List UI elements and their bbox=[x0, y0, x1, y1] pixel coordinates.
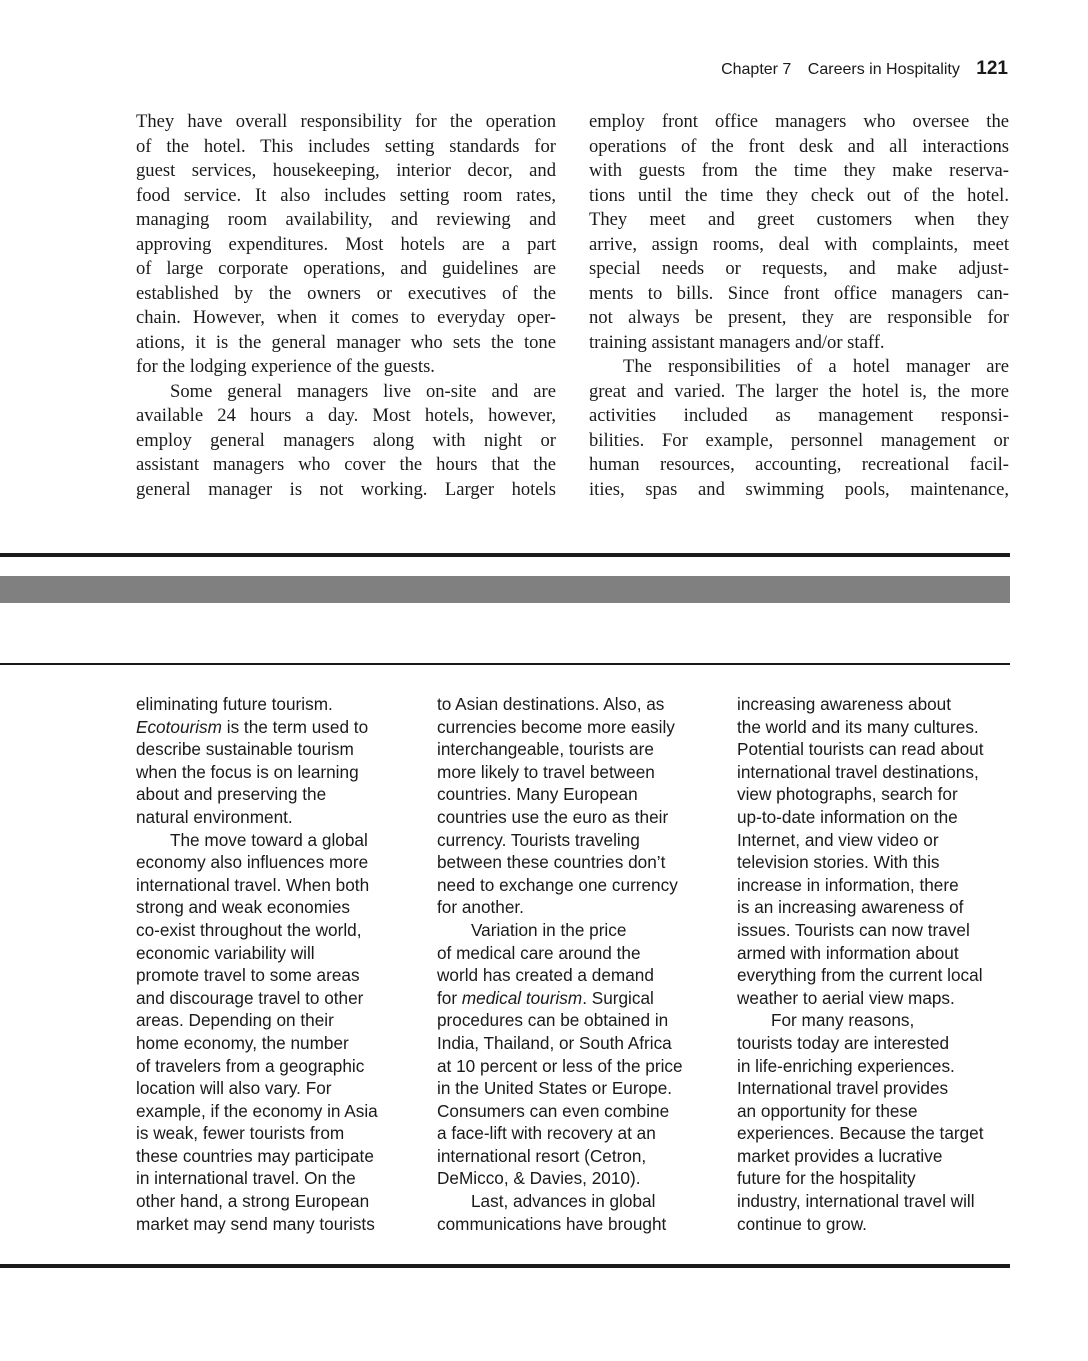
text-line: for the lodging experience of the guests… bbox=[136, 355, 556, 380]
text-line-content: industry, international travel will bbox=[737, 1191, 975, 1211]
text-line-content: issues. Tourists can now travel bbox=[737, 920, 970, 940]
text-line-content: promote travel to some areas bbox=[136, 965, 360, 985]
box-top-rule bbox=[0, 553, 1010, 557]
text-line: managing room availability, and reviewin… bbox=[136, 208, 556, 233]
text-line: tions until the time they check out of t… bbox=[589, 184, 1009, 209]
text-line-content: these countries may participate bbox=[136, 1146, 374, 1166]
text-line-content: is weak, fewer tourists from bbox=[136, 1123, 344, 1143]
text-line: everything from the current local bbox=[737, 964, 1027, 987]
text-line: between these countries don’t bbox=[437, 851, 727, 874]
text-line-content: tions until the time they check out of t… bbox=[589, 185, 1009, 206]
text-line: international travel. When both bbox=[136, 874, 426, 897]
text-line: DeMicco, & Davies, 2010). bbox=[437, 1167, 727, 1190]
text-line: They meet and greet customers when they bbox=[589, 208, 1009, 233]
text-line: Some general managers live on-site and a… bbox=[136, 380, 556, 405]
text-line: human resources, accounting, recreationa… bbox=[589, 453, 1009, 478]
text-line: International travel provides bbox=[737, 1077, 1027, 1100]
text-line-content: increase in information, there bbox=[737, 875, 959, 895]
text-line-content: India, Thailand, or South Africa bbox=[437, 1033, 672, 1053]
text-line: the world and its many cultures. bbox=[737, 716, 1027, 739]
text-line-content: for another. bbox=[437, 897, 524, 917]
text-line-content: Potential tourists can read about bbox=[737, 739, 984, 759]
text-line-content: for the lodging experience of the guests… bbox=[136, 356, 435, 377]
text-line: eliminating future tourism. bbox=[136, 693, 426, 716]
text-line-content: international travel destinations, bbox=[737, 762, 979, 782]
body-text-left-column: They have overall responsibility for the… bbox=[136, 110, 556, 502]
text-line-content: world has created a demand bbox=[437, 965, 654, 985]
text-line: guest services, housekeeping, interior d… bbox=[136, 159, 556, 184]
text-line: other hand, a strong European bbox=[136, 1190, 426, 1213]
text-line-content: armed with information about bbox=[737, 943, 959, 963]
text-line-content: International travel provides bbox=[737, 1078, 948, 1098]
text-line: world has created a demand bbox=[437, 964, 727, 987]
text-line-content: guest services, housekeeping, interior d… bbox=[136, 160, 556, 181]
text-line: tourists today are interested bbox=[737, 1032, 1027, 1055]
box-text-column-2: to Asian destinations. Also, ascurrencie… bbox=[437, 693, 727, 1235]
text-line: strong and weak economies bbox=[136, 896, 426, 919]
text-line-content: not always be present, they are responsi… bbox=[589, 307, 1009, 328]
text-line-content: available 24 hours a day. Most hotels, h… bbox=[136, 405, 556, 426]
text-line-content: general manager is not working. Larger h… bbox=[136, 479, 556, 500]
text-line: countries. Many European bbox=[437, 783, 727, 806]
text-line-content: food service. It also includes setting r… bbox=[136, 185, 556, 206]
text-line: ities, spas and swimming pools, maintena… bbox=[589, 478, 1009, 503]
text-line: issues. Tourists can now travel bbox=[737, 919, 1027, 942]
text-line: of the hotel. This includes setting stan… bbox=[136, 135, 556, 160]
text-line-content: up-to-date information on the bbox=[737, 807, 958, 827]
text-line: home economy, the number bbox=[136, 1032, 426, 1055]
text-line-content: co-exist throughout the world, bbox=[136, 920, 361, 940]
text-line: market provides a lucrative bbox=[737, 1145, 1027, 1168]
box-header-band bbox=[0, 576, 1010, 603]
text-line: Last, advances in global bbox=[437, 1190, 727, 1213]
text-line: Potential tourists can read about bbox=[737, 738, 1027, 761]
text-line-content: experiences. Because the target bbox=[737, 1123, 984, 1143]
text-line-content: Variation in the price bbox=[471, 920, 626, 940]
text-line-content: other hand, a strong European bbox=[136, 1191, 369, 1211]
box-divider-rule bbox=[0, 663, 1010, 665]
text-line: food service. It also includes setting r… bbox=[136, 184, 556, 209]
box-text-column-1: eliminating future tourism.Ecotourism is… bbox=[136, 693, 426, 1235]
text-line-content: Internet, and view video or bbox=[737, 830, 939, 850]
text-line-content: approving expenditures. Most hotels are … bbox=[136, 234, 556, 255]
text-line: of travelers from a geographic bbox=[136, 1055, 426, 1078]
text-line-content: currencies become more easily bbox=[437, 717, 675, 737]
text-line-content: international travel. When both bbox=[136, 875, 369, 895]
text-line: interchangeable, tourists are bbox=[437, 738, 727, 761]
text-line-content: strong and weak economies bbox=[136, 897, 350, 917]
text-line: general manager is not working. Larger h… bbox=[136, 478, 556, 503]
text-line: employ front office managers who oversee… bbox=[589, 110, 1009, 135]
text-line: economic variability will bbox=[136, 942, 426, 965]
text-line-content: countries. Many European bbox=[437, 784, 638, 804]
text-line: continue to grow. bbox=[737, 1213, 1027, 1236]
text-line: of medical care around the bbox=[437, 942, 727, 965]
text-line: co-exist throughout the world, bbox=[136, 919, 426, 942]
text-line: when the focus is on learning bbox=[136, 761, 426, 784]
text-line: with guests from the time they make rese… bbox=[589, 159, 1009, 184]
text-line-content: special needs or requests, and make adju… bbox=[589, 258, 1009, 279]
text-line-content: the world and its many cultures. bbox=[737, 717, 979, 737]
italic-term: Ecotourism bbox=[136, 717, 222, 737]
text-line: communications have brought bbox=[437, 1213, 727, 1236]
text-line-content: more likely to travel between bbox=[437, 762, 655, 782]
text-line: future for the hospitality bbox=[737, 1167, 1027, 1190]
text-line-content: of medical care around the bbox=[437, 943, 641, 963]
text-line-content: managing room availability, and reviewin… bbox=[136, 209, 556, 230]
text-line-content: The responsibilities of a hotel manager … bbox=[623, 356, 1009, 377]
text-line-content: human resources, accounting, recreationa… bbox=[589, 454, 1009, 475]
text-line: countries use the euro as their bbox=[437, 806, 727, 829]
text-line: economy also influences more bbox=[136, 851, 426, 874]
chapter-label: Chapter 7 bbox=[721, 61, 791, 78]
text-line: established by the owners or executives … bbox=[136, 282, 556, 307]
text-line: available 24 hours a day. Most hotels, h… bbox=[136, 404, 556, 429]
text-line-prefix: for bbox=[437, 988, 462, 1008]
text-line: increase in information, there bbox=[737, 874, 1027, 897]
text-line-content: ations, it is the general manager who se… bbox=[136, 332, 556, 353]
text-line-content: They have overall responsibility for the… bbox=[136, 111, 556, 132]
italic-term: medical tourism bbox=[462, 988, 582, 1008]
text-line-content: international resort (Cetron, bbox=[437, 1146, 646, 1166]
text-line-content: need to exchange one currency bbox=[437, 875, 678, 895]
box-bottom-rule bbox=[0, 1264, 1010, 1268]
text-line: areas. Depending on their bbox=[136, 1009, 426, 1032]
text-line-content: and discourage travel to other bbox=[136, 988, 363, 1008]
text-line: The responsibilities of a hotel manager … bbox=[589, 355, 1009, 380]
text-line-content: Some general managers live on-site and a… bbox=[170, 381, 556, 402]
text-line-content: interchangeable, tourists are bbox=[437, 739, 654, 759]
text-line: is weak, fewer tourists from bbox=[136, 1122, 426, 1145]
text-line-content: chain. However, when it comes to everyda… bbox=[136, 307, 556, 328]
text-line: The move toward a global bbox=[136, 829, 426, 852]
text-line-content: between these countries don’t bbox=[437, 852, 665, 872]
text-line-content: The move toward a global bbox=[170, 830, 368, 850]
text-line: Consumers can even combine bbox=[437, 1100, 727, 1123]
text-line-content: operations of the front desk and all int… bbox=[589, 136, 1009, 157]
text-line-content: great and varied. The larger the hotel i… bbox=[589, 381, 1009, 402]
text-line-content: established by the owners or executives … bbox=[136, 283, 556, 304]
text-line: market may send many tourists bbox=[136, 1213, 426, 1236]
text-line-content: television stories. With this bbox=[737, 852, 940, 872]
text-line: ations, it is the general manager who se… bbox=[136, 331, 556, 356]
page-number: 121 bbox=[976, 58, 1008, 79]
text-line: up-to-date information on the bbox=[737, 806, 1027, 829]
text-line: currencies become more easily bbox=[437, 716, 727, 739]
text-line-content: employ general managers along with night… bbox=[136, 430, 556, 451]
text-line: describe sustainable tourism bbox=[136, 738, 426, 761]
text-line: procedures can be obtained in bbox=[437, 1009, 727, 1032]
text-line-content: future for the hospitality bbox=[737, 1168, 916, 1188]
text-line: increasing awareness about bbox=[737, 693, 1027, 716]
text-line-content: arrive, assign rooms, deal with complain… bbox=[589, 234, 1009, 255]
text-line-content: in life-enriching experiences. bbox=[737, 1056, 955, 1076]
body-text-right-column: employ front office managers who oversee… bbox=[589, 110, 1009, 502]
text-line-content: ities, spas and swimming pools, maintena… bbox=[589, 479, 1009, 500]
text-line: Internet, and view video or bbox=[737, 829, 1027, 852]
text-line: experiences. Because the target bbox=[737, 1122, 1027, 1145]
text-line: view photographs, search for bbox=[737, 783, 1027, 806]
text-line-content: communications have brought bbox=[437, 1214, 666, 1234]
text-line-content: about and preserving the bbox=[136, 784, 326, 804]
text-line: a face-lift with recovery at an bbox=[437, 1122, 727, 1145]
text-line-content: is the term used to bbox=[222, 717, 368, 737]
text-line-content: in international travel. On the bbox=[136, 1168, 356, 1188]
text-line: natural environment. bbox=[136, 806, 426, 829]
text-line-content: at 10 percent or less of the price bbox=[437, 1056, 683, 1076]
text-line: to Asian destinations. Also, as bbox=[437, 693, 727, 716]
text-line-content: bilities. For example, personnel managem… bbox=[589, 430, 1009, 451]
text-line: in the United States or Europe. bbox=[437, 1077, 727, 1100]
text-line-content: For many reasons, bbox=[771, 1010, 914, 1030]
text-line: promote travel to some areas bbox=[136, 964, 426, 987]
text-line-content: view photographs, search for bbox=[737, 784, 958, 804]
text-line: arrive, assign rooms, deal with complain… bbox=[589, 233, 1009, 258]
text-line: operations of the front desk and all int… bbox=[589, 135, 1009, 160]
text-line-content: continue to grow. bbox=[737, 1214, 867, 1234]
text-line: training assistant managers and/or staff… bbox=[589, 331, 1009, 356]
text-line: They have overall responsibility for the… bbox=[136, 110, 556, 135]
text-line: great and varied. The larger the hotel i… bbox=[589, 380, 1009, 405]
text-line: need to exchange one currency bbox=[437, 874, 727, 897]
chapter-title: Careers in Hospitality bbox=[808, 61, 960, 78]
text-line-content: currency. Tourists traveling bbox=[437, 830, 640, 850]
text-line-content: areas. Depending on their bbox=[136, 1010, 334, 1030]
text-line: for medical tourism. Surgical bbox=[437, 987, 727, 1010]
text-line: in international travel. On the bbox=[136, 1167, 426, 1190]
text-line-content: Consumers can even combine bbox=[437, 1101, 669, 1121]
text-line-content: location will also vary. For bbox=[136, 1078, 332, 1098]
text-line: television stories. With this bbox=[737, 851, 1027, 874]
text-line: currency. Tourists traveling bbox=[437, 829, 727, 852]
text-line-content: training assistant managers and/or staff… bbox=[589, 332, 885, 353]
text-line-content: Last, advances in global bbox=[471, 1191, 655, 1211]
text-line-content: DeMicco, & Davies, 2010). bbox=[437, 1168, 640, 1188]
text-line: about and preserving the bbox=[136, 783, 426, 806]
text-line-content: everything from the current local bbox=[737, 965, 983, 985]
text-line: employ general managers along with night… bbox=[136, 429, 556, 454]
text-line-content: They meet and greet customers when they bbox=[589, 209, 1009, 230]
text-line: of large corporate operations, and guide… bbox=[136, 257, 556, 282]
text-line: in life-enriching experiences. bbox=[737, 1055, 1027, 1078]
text-line-content: market provides a lucrative bbox=[737, 1146, 942, 1166]
text-line: industry, international travel will bbox=[737, 1190, 1027, 1213]
text-line: location will also vary. For bbox=[136, 1077, 426, 1100]
text-line: international travel destinations, bbox=[737, 761, 1027, 784]
text-line-content: tourists today are interested bbox=[737, 1033, 949, 1053]
box-text-column-3: increasing awareness aboutthe world and … bbox=[737, 693, 1027, 1235]
text-line-content: weather to aerial view maps. bbox=[737, 988, 955, 1008]
text-line-content: a face-lift with recovery at an bbox=[437, 1123, 656, 1143]
text-line-content: when the focus is on learning bbox=[136, 762, 359, 782]
text-line: approving expenditures. Most hotels are … bbox=[136, 233, 556, 258]
text-line-content: . Surgical bbox=[582, 988, 654, 1008]
text-line-content: economic variability will bbox=[136, 943, 315, 963]
text-line: example, if the economy in Asia bbox=[136, 1100, 426, 1123]
text-line-content: market may send many tourists bbox=[136, 1214, 375, 1234]
text-line: For many reasons, bbox=[737, 1009, 1027, 1032]
text-line: special needs or requests, and make adju… bbox=[589, 257, 1009, 282]
text-line-content: economy also influences more bbox=[136, 852, 368, 872]
text-line: ments to bills. Since front office manag… bbox=[589, 282, 1009, 307]
text-line: weather to aerial view maps. bbox=[737, 987, 1027, 1010]
text-line: Ecotourism is the term used to bbox=[136, 716, 426, 739]
text-line-content: activities included as management respon… bbox=[589, 405, 1009, 426]
text-line-content: describe sustainable tourism bbox=[136, 739, 354, 759]
text-line-content: is an increasing awareness of bbox=[737, 897, 963, 917]
text-line-content: countries use the euro as their bbox=[437, 807, 668, 827]
text-line: armed with information about bbox=[737, 942, 1027, 965]
text-line: for another. bbox=[437, 896, 727, 919]
text-line-content: with guests from the time they make rese… bbox=[589, 160, 1009, 181]
text-line-content: natural environment. bbox=[136, 807, 293, 827]
text-line: at 10 percent or less of the price bbox=[437, 1055, 727, 1078]
text-line: assistant managers who cover the hours t… bbox=[136, 453, 556, 478]
text-line-content: of large corporate operations, and guide… bbox=[136, 258, 556, 279]
text-line-content: in the United States or Europe. bbox=[437, 1078, 672, 1098]
text-line: activities included as management respon… bbox=[589, 404, 1009, 429]
text-line: an opportunity for these bbox=[737, 1100, 1027, 1123]
text-line-content: an opportunity for these bbox=[737, 1101, 918, 1121]
running-head: Chapter 7 Careers in Hospitality 121 bbox=[721, 58, 1008, 80]
text-line: and discourage travel to other bbox=[136, 987, 426, 1010]
text-line: chain. However, when it comes to everyda… bbox=[136, 306, 556, 331]
text-line: more likely to travel between bbox=[437, 761, 727, 784]
text-line-content: of travelers from a geographic bbox=[136, 1056, 364, 1076]
text-line: bilities. For example, personnel managem… bbox=[589, 429, 1009, 454]
text-line-content: employ front office managers who oversee… bbox=[589, 111, 1009, 132]
text-line-content: home economy, the number bbox=[136, 1033, 349, 1053]
text-line: not always be present, they are responsi… bbox=[589, 306, 1009, 331]
text-line: these countries may participate bbox=[136, 1145, 426, 1168]
text-line-content: procedures can be obtained in bbox=[437, 1010, 668, 1030]
text-line-content: to Asian destinations. Also, as bbox=[437, 694, 664, 714]
text-line: India, Thailand, or South Africa bbox=[437, 1032, 727, 1055]
text-line: international resort (Cetron, bbox=[437, 1145, 727, 1168]
text-line-content: of the hotel. This includes setting stan… bbox=[136, 136, 556, 157]
text-line-content: example, if the economy in Asia bbox=[136, 1101, 378, 1121]
text-line-content: eliminating future tourism. bbox=[136, 694, 333, 714]
text-line: is an increasing awareness of bbox=[737, 896, 1027, 919]
text-line-content: increasing awareness about bbox=[737, 694, 951, 714]
text-line-content: assistant managers who cover the hours t… bbox=[136, 454, 556, 475]
text-line-content: ments to bills. Since front office manag… bbox=[589, 283, 1009, 304]
text-line: Variation in the price bbox=[437, 919, 727, 942]
